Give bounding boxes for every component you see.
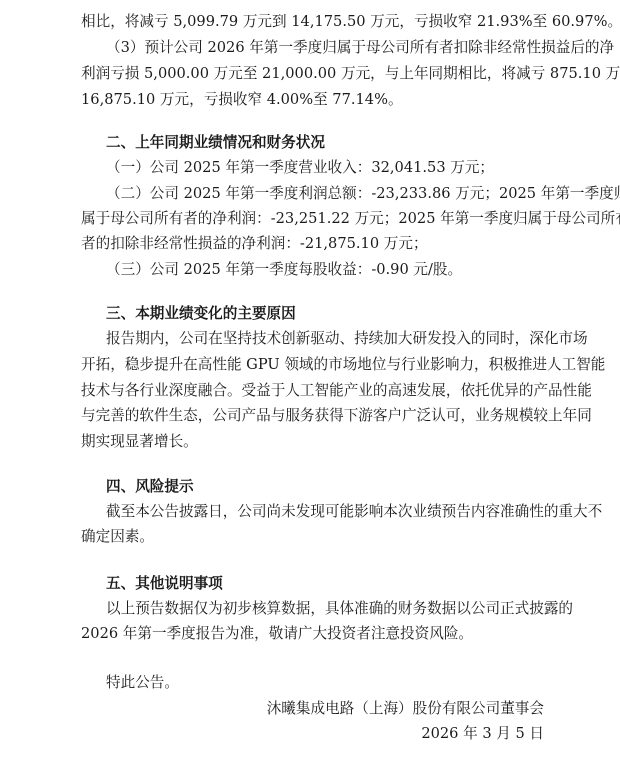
paragraph-line: 利润亏损 5,000.00 万元至 21,000.00 万元，与上年同期相比，将… (81, 64, 544, 84)
paragraph-line: （一）公司 2025 年第一季度营业收入：32,041.53 万元； (106, 158, 544, 178)
paragraph-line: 16,875.10 万元，亏损收窄 4.00%至 77.14%。 (81, 90, 544, 110)
paragraph-line: 截至本公告披露日，公司尚未发现可能影响本次业绩预告内容准确性的重大不 (106, 502, 544, 522)
paragraph-line: 确定因素。 (81, 527, 544, 547)
paragraph-line: 与完善的软件生态，公司产品与服务获得下游客户广泛认可，业务规模较上年同 (81, 406, 544, 426)
paragraph-line: 属于母公司所有者的净利润：-23,251.22 万元；2025 年第一季度归属于… (81, 209, 544, 229)
paragraph-line: （二）公司 2025 年第一季度利润总额：-23,233.86 万元；2025 … (106, 184, 544, 204)
paragraph-line: 开拓，稳步提升在高性能 GPU 领域的市场地位与行业影响力，积极推进人工智能 (81, 355, 544, 375)
paragraph-line: 相比，将减亏 5,099.79 万元到 14,175.50 万元，亏损收窄 21… (81, 12, 544, 32)
paragraph-line: （3）预计公司 2026 年第一季度归属于母公司所有者扣除非经常性损益后的净 (106, 38, 544, 58)
date: 2026 年 3 月 5 日 (421, 724, 544, 744)
section-heading-4: 四、风险提示 (106, 477, 194, 497)
paragraph-line: （三）公司 2025 年第一季度每股收益：-0.90 元/股。 (106, 260, 544, 280)
section-heading-5: 五、其他说明事项 (106, 574, 223, 594)
section-heading-3: 三、本期业绩变化的主要原因 (106, 304, 296, 324)
paragraph-line: 者的扣除非经常性损益的净利润：-21,875.10 万元； (81, 234, 544, 254)
paragraph-line: 报告期内，公司在坚持技术创新驱动、持续加大研发投入的同时，深化市场 (106, 329, 544, 349)
paragraph-line: 技术与各行业深度融合。受益于人工智能产业的高速发展，依托优异的产品性能 (81, 381, 544, 401)
paragraph-line: 2026 年第一季度报告为准，敬请广大投资者注意投资风险。 (81, 624, 544, 644)
paragraph-line: 期实现显著增长。 (81, 432, 544, 452)
signature: 沐曦集成电路（上海）股份有限公司董事会 (267, 699, 544, 719)
closing-text: 特此公告。 (106, 673, 544, 693)
section-heading-2: 二、上年同期业绩情况和财务状况 (106, 133, 325, 153)
paragraph-line: 以上预告数据仅为初步核算数据，具体准确的财务数据以公司正式披露的 (106, 599, 544, 619)
